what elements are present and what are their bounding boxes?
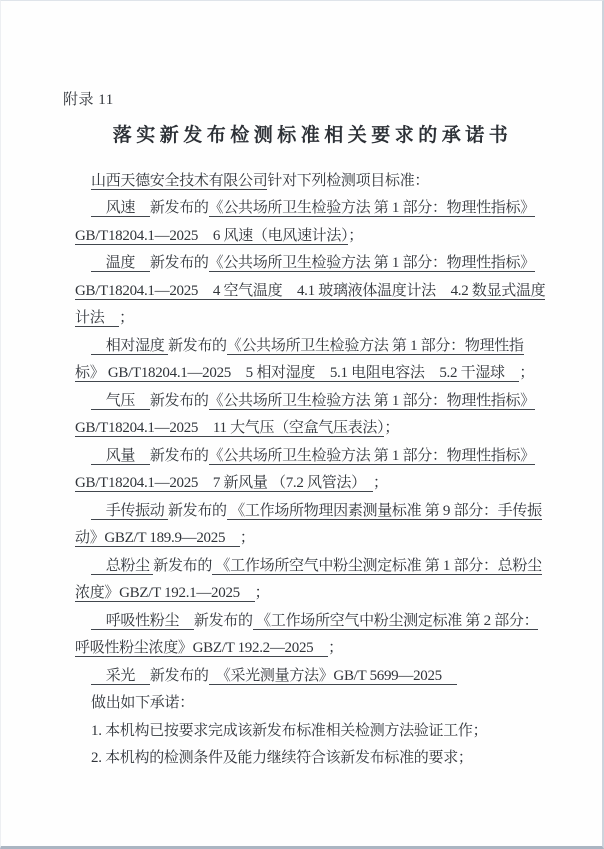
item-name: 采光 <box>91 668 150 685</box>
standard-item-respirable-dust: 呼吸性粉尘 新发布的 《工作场所空气中粉尘测定标准 第 2 部分：呼吸性粉尘浓度… <box>75 608 550 663</box>
standard-item-pressure: 气压 新发布的《公共场所卫生检验方法 第 1 部分：物理性指标》 GB/T182… <box>75 388 550 443</box>
item-punctuation: ； <box>255 585 270 601</box>
item-connector: 新发布的 <box>150 668 209 684</box>
item-name: 风量 <box>91 448 150 465</box>
item-connector: 新发布的 <box>150 255 209 271</box>
promise-item-1: 1. 本机构已按要求完成该新发布标准相关检测方法验证工作； <box>75 718 550 746</box>
item-connector: 新发布的 <box>150 200 209 216</box>
item-punctuation: ； <box>240 530 255 546</box>
promise-item-2: 2. 本机构的检测条件及能力继续符合该新发布标准的要求； <box>75 745 550 773</box>
intro-text: 针对下列检测项目标准： <box>267 173 429 189</box>
item-punctuation: ； <box>348 228 363 244</box>
promise-intro: 做出如下承诺： <box>75 690 550 718</box>
item-name: 风速 <box>91 200 150 217</box>
page-content: 附录 11 落实新发布检测标准相关要求的承诺书 山西天德安全技术有限公司针对下列… <box>1 1 602 846</box>
item-punctuation: ； <box>519 365 534 381</box>
standard-item-temperature: 温度 新发布的《公共场所卫生检验方法 第 1 部分：物理性指标》 GB/T182… <box>75 250 550 333</box>
item-name: 温度 <box>91 255 150 272</box>
standard-item-daylighting: 采光 新发布的 《采光测量方法》GB/T 5699—2025 <box>75 663 550 691</box>
item-punctuation: ； <box>328 640 343 656</box>
scanned-page: 附录 11 落实新发布检测标准相关要求的承诺书 山西天德安全技术有限公司针对下列… <box>0 0 604 849</box>
item-connector: 新发布的 <box>168 338 227 354</box>
item-name: 总粉尘 <box>91 558 153 575</box>
item-standard-ref: 《采光测量方法》GB/T 5699—2025 <box>209 668 457 685</box>
page-title: 落实新发布检测标准相关要求的承诺书 <box>75 121 550 151</box>
appendix-label: 附录 11 <box>63 87 550 115</box>
intro-paragraph: 山西天德安全技术有限公司针对下列检测项目标准： <box>75 168 550 196</box>
standard-item-hand-vibration: 手传振动 新发布的 《工作场所物理因素测量标准 第 9 部分：手传振动》GBZ/… <box>75 498 550 553</box>
standard-item-total-dust: 总粉尘 新发布的 《工作场所空气中粉尘测定标准 第 1 部分：总粉尘浓度》GBZ… <box>75 553 550 608</box>
item-connector: 新发布的 <box>150 393 209 409</box>
standard-item-airflow: 风量 新发布的《公共场所卫生检验方法 第 1 部分：物理性指标》 GB/T182… <box>75 443 550 498</box>
item-connector: 新发布的 <box>168 503 227 519</box>
item-name: 气压 <box>91 393 150 410</box>
item-name: 呼吸性粉尘 <box>91 613 194 630</box>
item-punctuation: ； <box>373 475 388 491</box>
item-punctuation: ； <box>384 420 399 436</box>
standard-item-humidity: 相对湿度 新发布的《公共场所卫生检验方法 第 1 部分：物理性指标》 GB/T1… <box>75 333 550 388</box>
item-name: 相对湿度 <box>91 338 168 355</box>
item-connector: 新发布的 <box>194 613 253 629</box>
item-connector: 新发布的 <box>150 448 209 464</box>
standard-item-windspeed: 风速 新发布的《公共场所卫生检验方法 第 1 部分：物理性指标》GB/T1820… <box>75 195 550 250</box>
company-name: 山西天德安全技术有限公司 <box>91 173 267 190</box>
item-name: 手传振动 <box>91 503 168 520</box>
item-connector: 新发布的 <box>153 558 212 574</box>
item-punctuation: ； <box>119 310 134 326</box>
